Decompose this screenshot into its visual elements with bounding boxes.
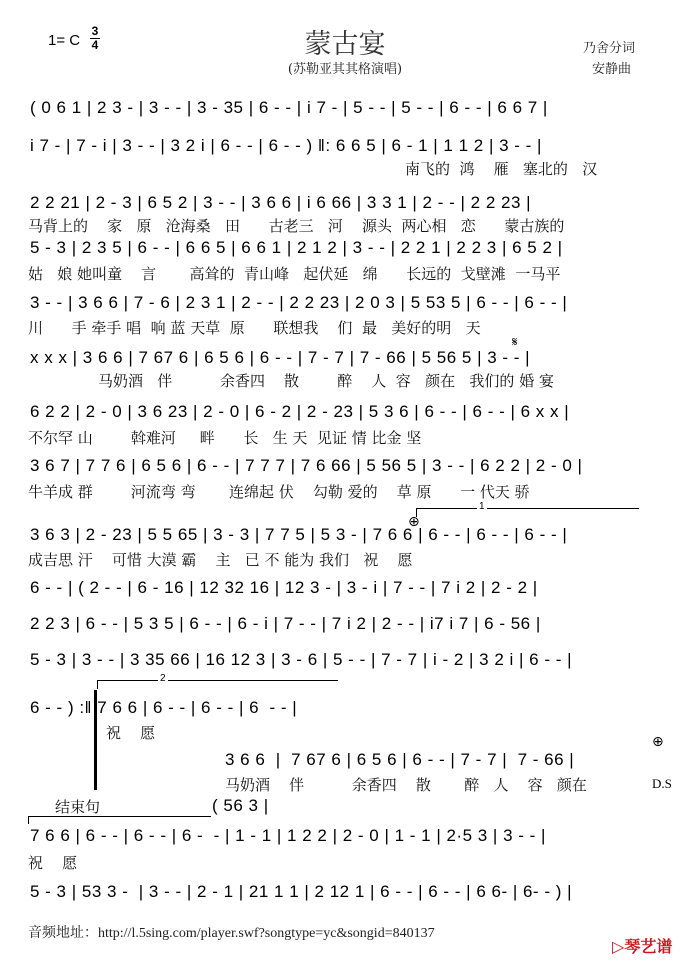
lyric-line-4: 姑 娘 她叫童 言 高耸的 青山峰 起伏延 绵 长远的 戈壁滩 一马平 xyxy=(28,263,560,284)
coda-sign-2: ⊕ xyxy=(652,733,664,750)
lyric-line-14: 马奶酒 伴 余香四 散 醉 人 容 颜在 xyxy=(225,774,587,795)
score-line-16: 7 6 6 | 6 - - | 6 - - | 6 - - | 1 - 1 | … xyxy=(30,826,546,846)
score-line-11: 2 2 3 | 6 - - | 5 3 5 | 6 - - | 6 - i | … xyxy=(30,614,541,634)
score-line-13: 6 - - ) :‖ 7 6 6 | 6 - - | 6 - - | 6 - -… xyxy=(30,698,297,718)
score-line-15: ( 56 3 | xyxy=(212,796,269,816)
score-line-12: 5 - 3 | 3 - - | 3 35 66 | 16 12 3 | 3 - … xyxy=(30,650,572,670)
score-line-4: 5 - 3 | 2 3 5 | 6 - - | 6 6 5 | 6 6 1 | … xyxy=(30,238,563,258)
ds-mark: D.S xyxy=(652,776,672,792)
logo-icon: ▷ xyxy=(612,939,624,956)
lyric-line-2: 南飞的 鸿 雁 塞北的 汉 xyxy=(405,158,597,179)
score-line-14: 3 6 6 | 7 67 6 | 6 5 6 | 6 - - | 7 - 7 |… xyxy=(225,750,574,770)
score-line-10: 6 - - | ( 2 - - | 6 - 16 | 12 32 16 | 12… xyxy=(30,578,538,598)
ending-bracket xyxy=(28,816,211,817)
score-line-6: x x x | 3 6 6 | 7 67 6 | 6 5 6 | 6 - - |… xyxy=(30,348,530,368)
lyricist: 乃舍分词 xyxy=(583,37,635,56)
score-line-1: ( 0 6 1 | 2 3 - | 3 - - | 3 - 35 | 6 - -… xyxy=(30,98,548,118)
score-line-17: 5 - 3 | 53 3 - | 3 - - | 2 - 1 | 21 1 1 … xyxy=(30,882,572,902)
lyric-line-6: 马奶酒 伴 余香四 散 醉 人 容 颜在 我们的 婚 宴 xyxy=(98,370,554,391)
volta-1: 1 xyxy=(416,508,639,517)
score-line-9: 3 6 3 | 2 - 23 | 5 5 65 | 3 - 3 | 7 7 5 … xyxy=(30,525,567,545)
lyric-line-5: 川 手 牵手 唱 响 蓝 天草 原 联想我 们 最 美好的明 天 xyxy=(28,317,481,338)
lyric-line-8: 牛羊成 群 河流弯 弯 连绵起 伏 勾勒 爱的 草 原 一 代天 骄 xyxy=(28,481,530,502)
lyric-line-16: 祝 愿 xyxy=(28,852,77,873)
score-line-8: 3 6 7 | 7 7 6 | 6 5 6 | 6 - - | 7 7 7 | … xyxy=(30,456,582,476)
score-line-3: 2 2 21 | 2 - 3 | 6 5 2 | 3 - - | 3 6 6 |… xyxy=(30,193,531,213)
song-subtitle: (苏勒亚其其格演唱) xyxy=(0,58,690,77)
volta-2: 2 xyxy=(97,680,338,689)
lyric-line-9: 成吉思 汗 可惜 大漠 霸 主 已 不 能为 我们 祝 愿 xyxy=(28,549,412,570)
audio-url[interactable]: 音频地址：http://l.5sing.com/player.swf?songt… xyxy=(28,922,435,942)
score-line-2: i 7 - | 7 - i | 3 - - | 3 2 i | 6 - - | … xyxy=(30,136,542,156)
score-line-5: 3 - - | 3 6 6 | 7 - 6 | 2 3 1 | 2 - - | … xyxy=(30,293,567,313)
ending-label: 结束句 xyxy=(55,796,100,817)
lyric-line-3: 马背上的 家 原 沧海桑 田 古老三 河 源头 两心相 恋 蒙古族的 xyxy=(28,215,564,236)
score-line-7: 6 2 2 | 2 - 0 | 3 6 23 | 2 - 0 | 6 - 2 |… xyxy=(30,402,569,422)
lyric-line-7: 不尔罕 山 斡难河 畔 长 生 天 见证 情 比金 坚 xyxy=(28,427,421,448)
site-logo: ▷琴艺谱 xyxy=(612,934,672,957)
ending-bracket-tick xyxy=(28,816,29,824)
lyric-line-13: 祝 愿 xyxy=(106,722,155,743)
composer: 安静曲 xyxy=(592,58,631,77)
logo-text: 琴艺谱 xyxy=(624,939,672,956)
